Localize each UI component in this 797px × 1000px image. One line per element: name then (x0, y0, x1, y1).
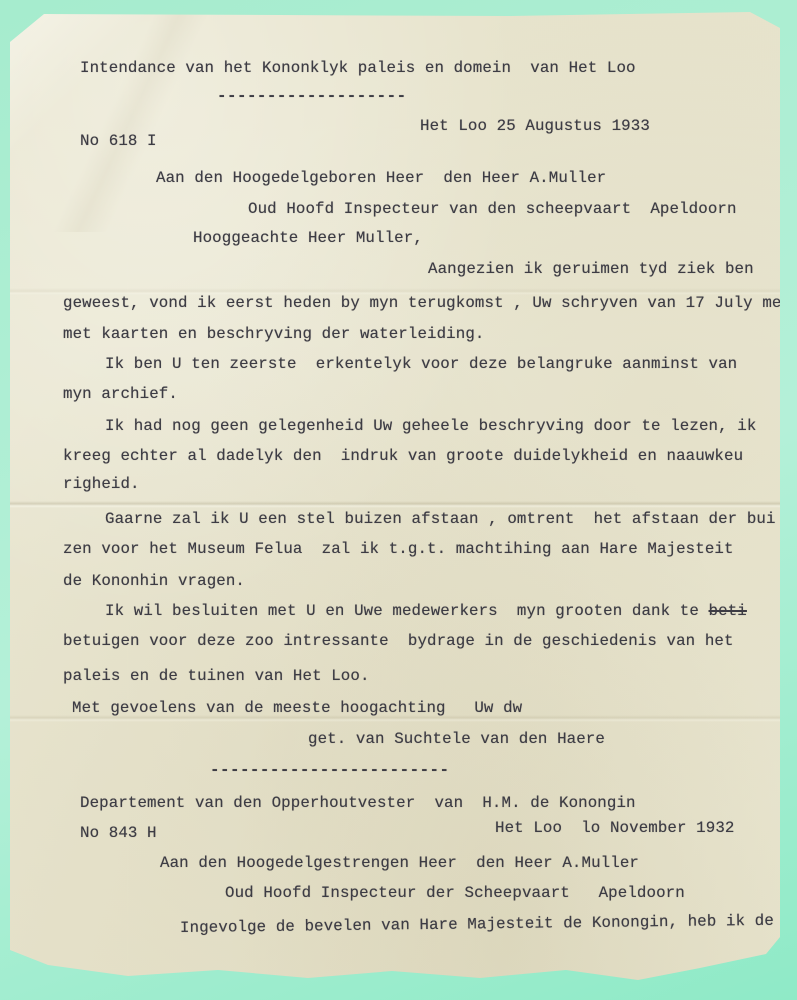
addressee-line: Oud Hoofd Inspecteur van den scheepvaart… (248, 199, 737, 219)
reference-number: No 843 H (80, 823, 157, 843)
struck-out-word: beti (709, 602, 747, 620)
body-line: geweest, vond ik eerst heden by myn teru… (63, 293, 781, 313)
section-divider: ------------------------ (210, 760, 450, 780)
closing-line: Met gevoelens van de meeste hoogachting … (72, 698, 522, 718)
body-line-text: Ik wil besluiten met U en Uwe medewerker… (105, 602, 709, 620)
letterhead: Intendance van het Kononklyk paleis en d… (80, 58, 636, 78)
scan-background: Intendance van het Kononklyk paleis en d… (0, 0, 797, 1000)
addressee-line: Oud Hoofd Inspecteur der Scheepvaart Ape… (225, 883, 685, 903)
body-line-with-strikethrough: Ik wil besluiten met U en Uwe medewerker… (105, 601, 747, 621)
body-line: de Kononhin vragen. (63, 571, 245, 591)
paper-fold-mark (10, 12, 270, 232)
reference-number: No 618 I (80, 131, 157, 151)
addressee-line: Aan den Hoogedelgeboren Heer den Heer A.… (156, 168, 606, 188)
date-line: Het Loo 25 Augustus 1933 (420, 116, 650, 136)
body-line: myn archief. (63, 384, 178, 404)
signature-line: get. van Suchtele van den Haere (308, 729, 605, 749)
body-line: righeid. (63, 474, 140, 494)
body-line: Ik had nog geen gelegenheid Uw geheele b… (105, 416, 756, 436)
body-line: Gaarne zal ik U een stel buizen afstaan … (105, 509, 776, 529)
body-line: paleis en de tuinen van Het Loo. (63, 666, 370, 686)
body-line: zen voor het Museum Felua zal ik t.g.t. … (63, 539, 734, 559)
addressee-line: Aan den Hoogedelgestrengen Heer den Heer… (160, 853, 639, 873)
date-line: Het Loo lo November 1932 (495, 818, 735, 838)
body-line: betuigen voor deze zoo intressante bydra… (63, 631, 734, 651)
body-line: Aangezien ik geruimen tyd ziek ben (428, 259, 754, 279)
body-line: kreeg echter al dadelyk den indruk van g… (63, 446, 743, 466)
body-line: Ingevolge de bevelen van Hare Majesteit … (180, 911, 774, 938)
body-line: Ik ben U ten zeerste erkentelyk voor dez… (105, 354, 737, 374)
letter-paper: Intendance van het Kononklyk paleis en d… (10, 12, 780, 988)
department-letterhead: Departement van den Opperhoutvester van … (80, 793, 636, 813)
body-line: met kaarten en beschryving der waterleid… (63, 324, 485, 344)
letterhead-underline: ------------------- (217, 86, 407, 106)
salutation: Hooggeachte Heer Muller, (193, 228, 423, 248)
paper-crease (10, 501, 780, 508)
